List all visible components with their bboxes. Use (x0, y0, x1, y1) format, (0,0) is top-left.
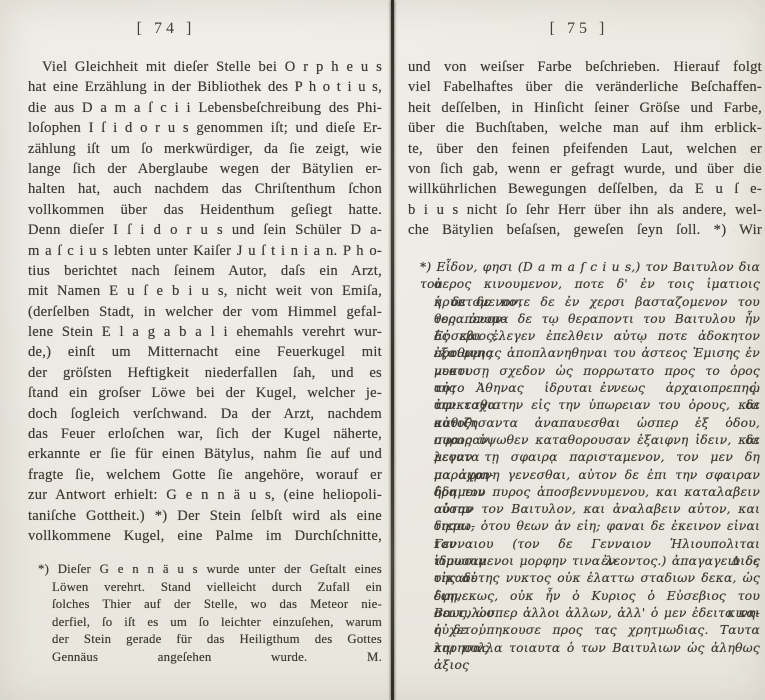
text-line: vollkommene Kugel, eine Palme im Durchſc… (28, 526, 382, 546)
text-line: Gennäus angeſehen wurde. M. (38, 649, 382, 667)
text-line: heit deſſelben, in Hinſicht ſeiner Gröſs… (408, 98, 762, 118)
text-line: ἀερος κινουμενον, ποτε δ' ἐν τοις ἱματιο… (420, 276, 760, 293)
text-line: vollkommen über das Heidenthum geſiegt h… (28, 200, 382, 220)
text-line: οὐσαν τον Βαιτυλον, και ἀναλαβειν αὐτον,… (420, 501, 760, 518)
text-line: b i u s nicht ſo ſehr Herr über ihn als … (408, 200, 762, 220)
text-line: zur Antwort erhielt: G e n n ä u s, (ein… (28, 485, 382, 505)
text-line: das Feuer erloſchen war, ſich der Kugel … (28, 424, 382, 444)
text-line: της Ἀθηνας ἱδρυται νεως ἀρχαιοπρεπης. ἀφ… (420, 380, 760, 397)
page-gutter-line (391, 0, 394, 700)
text-line: ὁ δε ὑπηκουσε προς τας χρητμωδιας. Ταυτα… (420, 622, 760, 639)
text-line: μα ἀφανη γενεσθαι, αὐτον δε ἐπι την σφαι… (420, 467, 760, 484)
page-74-body-text: Viel Gleichheit mit dieſer Stelle bei O … (28, 57, 382, 546)
text-line: ſtand ein groſser Löwe bei der Kugel, we… (28, 383, 382, 403)
text-line: der gröſsten Heftigkeit niederfallen ſah… (28, 363, 382, 383)
text-line: lene Stein E l a g a b a l i ehemahls ve… (28, 322, 382, 342)
text-line: Löwen verehrt. Stand vielleicht durch Zu… (38, 579, 382, 597)
text-line: ἠδη του πυρος ἀποσβεννυμενου, και καταλα… (420, 484, 760, 501)
text-line: erkannte er ſie für einen Bätylus, nahm … (28, 444, 382, 464)
text-line: και πολλα τοιαυτα ὁ των Βαιτυλιων ὡς ἀλη… (420, 640, 760, 657)
text-line: viel Fabelhaftes über die veränderliche … (408, 77, 762, 97)
text-line: σεως, ὡσπερ ἀλλοι ἀλλων, ἀλλ' ὁ μεν ἐδει… (420, 605, 760, 622)
text-line: τος. ὀνομα δε τῳ θεραποντι του Βαιτυλου … (420, 311, 760, 328)
text-line: de,) einſt um Mitternacht eine Feuerkuge… (28, 342, 382, 362)
text-line: der Stein gerade für das Heiligthum des … (38, 631, 382, 649)
text-line: μεγαν τῃ σφαιρᾳ παρισταμενον, τον μεν δη… (420, 449, 760, 466)
text-line: Γενναιου (τον δε Γενναιον Ἡλιουπολιται τ… (420, 536, 760, 553)
text-line: Denn dieſer I ſ i d o r u s und ſein Sch… (28, 220, 382, 240)
page-number-75: [ 75 ] (424, 20, 734, 40)
text-line: m a ſ c i u s lebten unter Kaiſer J u ſ … (28, 241, 382, 261)
text-line: *) Εἶδον, φησι (D a m a ſ c i u s,) τον … (420, 259, 760, 276)
page-75-body-text: und von weiſser Farbe beſchrieben. Hiera… (408, 57, 762, 241)
text-line: προθυμιας ἀποπλανηθηναι του ἀστεος Ἐμιση… (420, 345, 760, 362)
page-75-footnote-greek: *) Εἶδον, φησι (D a m a ſ c i u s,) τον … (420, 259, 760, 657)
text-line: die aus D a m a ſ c i i Lebensbeſchreibu… (28, 98, 382, 118)
text-line: την ταχιστην εἰς την ὑπωρειαν του ὀρους,… (420, 397, 760, 414)
text-line: loſophen I ſ i d o r u s genommen iſt; u… (28, 118, 382, 138)
text-line: ſolches Thier auf der Stelle, wo das Met… (38, 596, 382, 614)
text-line: mit Namen E u ſ e b i u s, nicht weit vo… (28, 281, 382, 301)
text-line: doch ſogleich verſchwand. Da der Arzt, n… (28, 404, 382, 424)
text-line: über die Buchſtaben, welche man auf ihm … (408, 118, 762, 138)
text-line: zählung iſt um ſo merkwürdiger, da ſie z… (28, 139, 382, 159)
text-line: lange ſich der Aberglaube wegen der Bäty… (28, 159, 382, 179)
text-line: ἡ δε δε ποτε δε ἐν χερσι βασταζομενον το… (420, 294, 760, 311)
text-line: taniſche Gottheit.) *) Der Stein ſelbſt … (28, 506, 382, 526)
text-line: willkührlichen Bewegungen deſſelben, da … (408, 179, 762, 199)
text-line: und von weiſser Farbe beſchrieben. Hiera… (408, 57, 762, 77)
text-line: von ſich gab, wenn er gefragt wurde, und… (408, 159, 762, 179)
text-line: Viel Gleichheit mit dieſer Stelle bei O … (28, 57, 382, 77)
text-line: hat eine Erzählung in der Bibliothek des… (28, 77, 382, 97)
text-line: τησαι, ὁτου θεων ἀν εἰη; φαναι δε ἐκεινο… (420, 518, 760, 535)
text-line: te, über den feinen pfeifenden Laut, wel… (408, 139, 762, 159)
text-line: halten hat, auch nachdem das Chriſtenthu… (28, 179, 382, 199)
text-line: *) Dieſer G e n n ä u s wurde unter der … (38, 561, 382, 579)
text-line: che Bätylien beſaſsen, geweſen ſeyn ſoll… (408, 220, 762, 240)
text-line: της αὐτης νυκτος οὐκ ἐλαττω σταδιων δεκα… (420, 570, 760, 587)
text-line: tius berichtet nach ſeinem Autor, daſs e… (28, 261, 382, 281)
text-line: derfiel, ſo iſt es um ſo leichter einzuſ… (38, 614, 382, 632)
text-line: μεσουσῃ σχεδον ὡς πορρωτατο προς το ὀρος… (420, 363, 760, 380)
text-line: πυρος ὑψωθεν καταθορουσαν ἐξαιφνη ἰδειν,… (420, 432, 760, 449)
scanned-book-spread: [ 74 ] Viel Gleichheit mit dieſer Stelle… (0, 0, 765, 700)
text-line: καθιζησαντα ἀναπαυεσθαι ὡσπερ ἐξ ὁδου, σ… (420, 415, 760, 432)
page-number-74: [ 74 ] (28, 20, 304, 40)
text-line: ὁς και ἐλεγεν ἐπελθειν αὐτῳ ποτε ἀδοκητο… (420, 328, 760, 345)
page-74-footnote: *) Dieſer G e n n ä u s wurde unter der … (38, 561, 382, 667)
text-line: fragte ſie, welchem Gotte ſie angehöre, … (28, 465, 382, 485)
text-line: (derſelben Stadt, in welcher der vom Him… (28, 302, 382, 322)
text-line: διηνεκως, οὐκ ἦν ὁ Κυριος ὁ Εὐσεβιος του… (420, 588, 760, 605)
text-line: ἱδρυσαμενοι μορφην τινα λεοντος.) ἀπαγαγ… (420, 553, 760, 570)
